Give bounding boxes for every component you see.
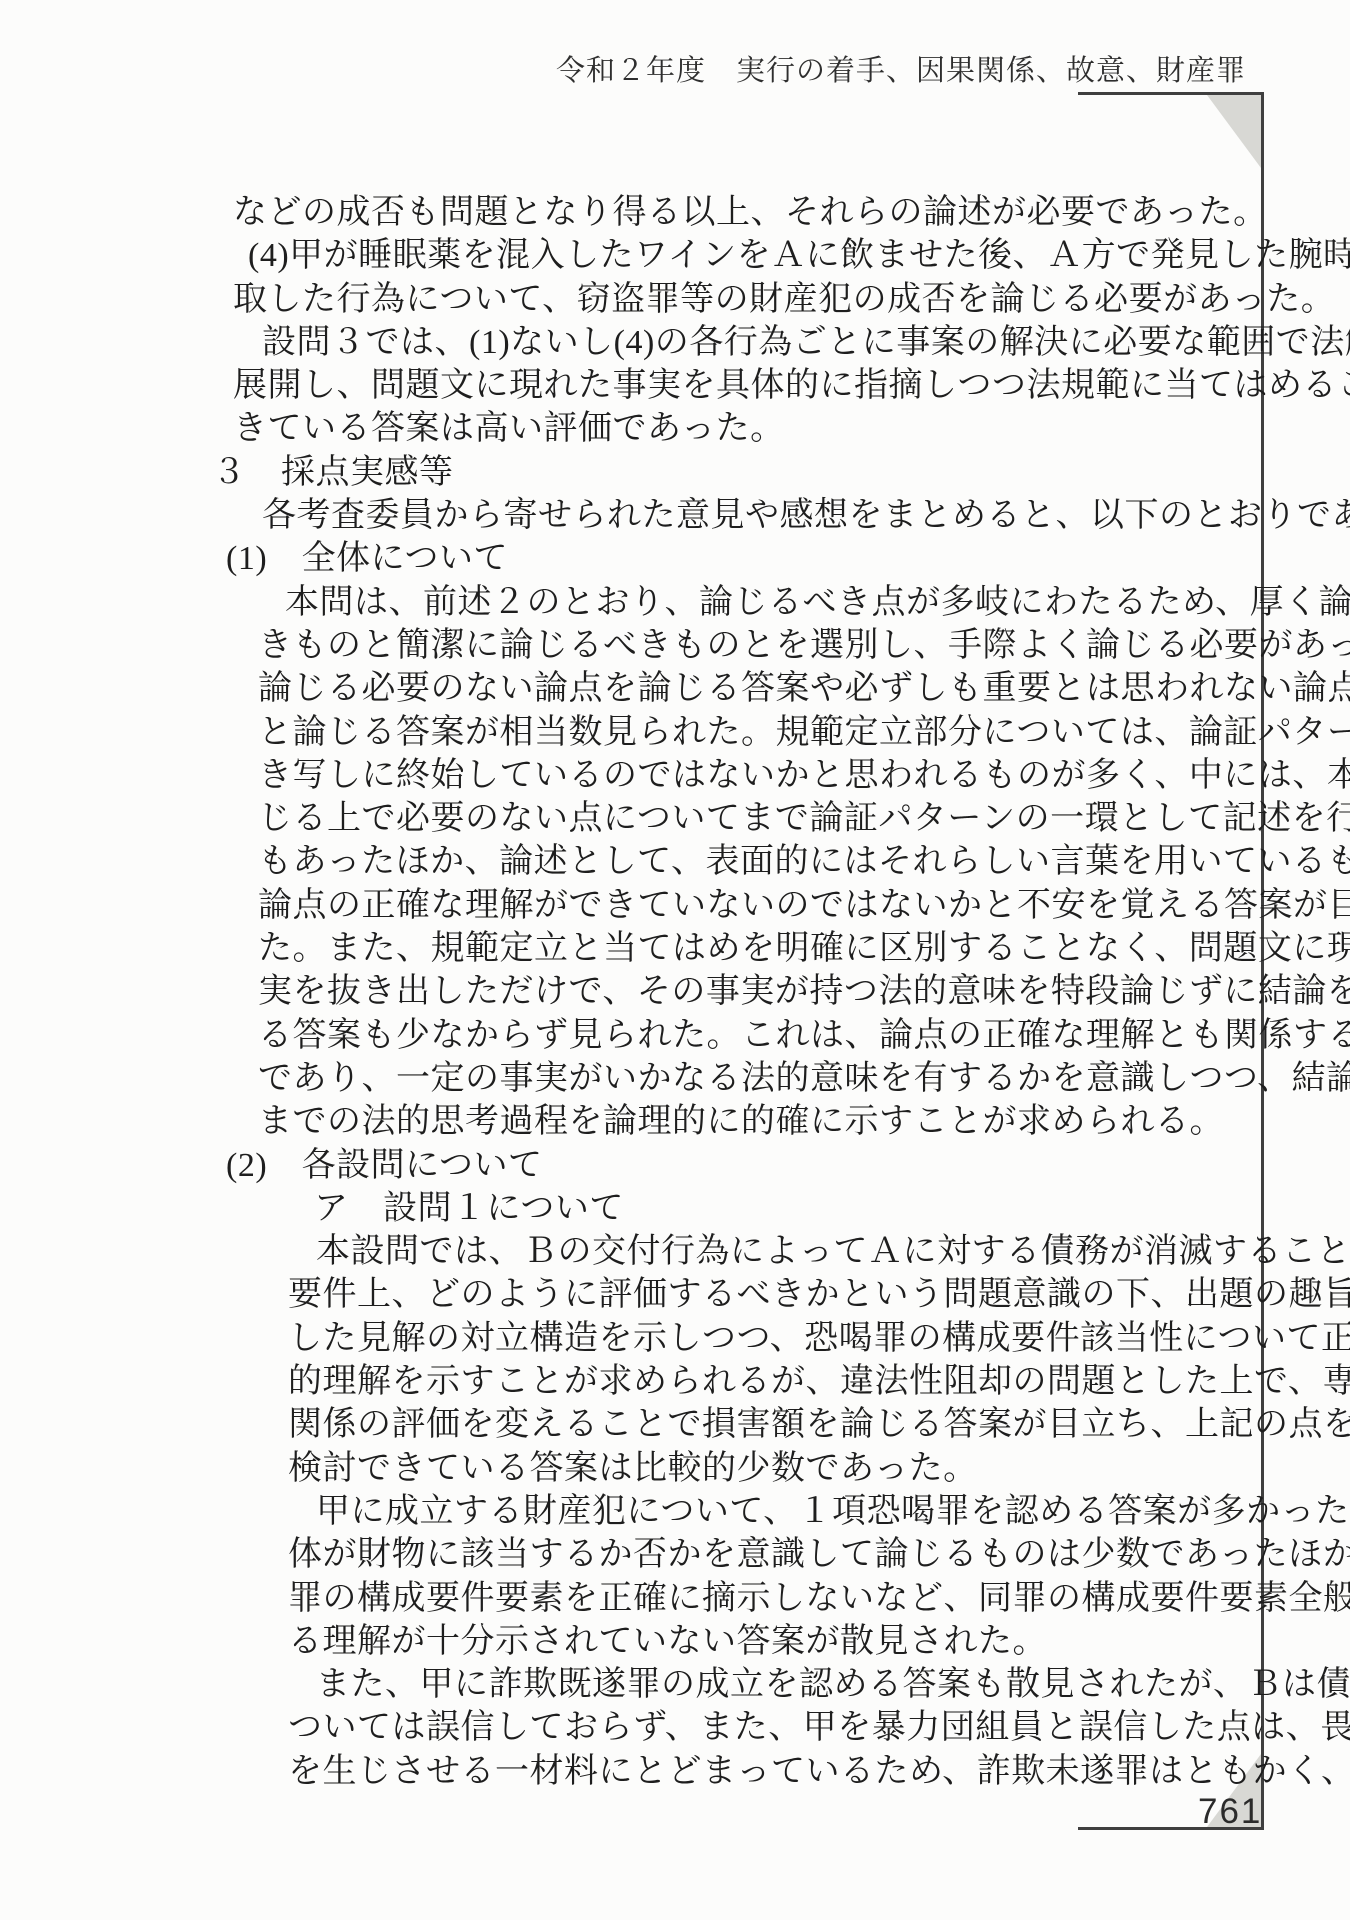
text-line: を生じさせる一材料にとどまっているため、詐欺未遂罪はともかく、詐欺既 — [288, 1750, 1350, 1793]
text-line: (2) 各設問について — [226, 1144, 1350, 1187]
text-line: る理解が十分示されていない答案が散見された。 — [288, 1620, 1350, 1663]
text-line: 関係の評価を変えることで損害額を論じる答案が目立ち、上記の点を的確に — [288, 1403, 1350, 1446]
text-line: (4)甲が睡眠薬を混入したワインをＡに飲ませた後、Ａ方で発見した腕時計を奪 — [248, 234, 1350, 277]
text-line: 実を抜き出しただけで、その事実が持つ法的意味を特段論じずに結論を記載す — [258, 970, 1350, 1013]
text-line: じる上で必要のない点についてまで論証パターンの一環として記述を行うもの — [258, 797, 1350, 840]
page-header-title: 令和２年度 実行の着手、因果関係、故意、財産罪 — [556, 48, 1246, 89]
text-line: などの成否も問題となり得る以上、それらの論述が必要であった。 — [233, 191, 1350, 234]
text-line: した見解の対立構造を示しつつ、恐喝罪の構成要件該当性について正確な法 — [288, 1317, 1350, 1360]
text-line: 的理解を示すことが求められるが、違法性阻却の問題とした上で、専ら事実 — [288, 1360, 1350, 1403]
text-line: ３ 採点実感等 — [212, 451, 1350, 494]
text-line: る答案も少なからず見られた。これは、論点の正確な理解とも関係するところ — [258, 1014, 1350, 1057]
text-line: き写しに終始しているのではないかと思われるものが多く、中には、本問を論 — [258, 754, 1350, 797]
text-line: 本設問では、Ｂの交付行為によってＡに対する債務が消滅することを構成 — [316, 1230, 1350, 1273]
text-line: きものと簡潔に論じるべきものとを選別し、手際よく論じる必要があったが、 — [258, 624, 1350, 667]
page-number: 761 — [1198, 1792, 1256, 1832]
text-line: 体が財物に該当するか否かを意識して論じるものは少数であったほか、恐喝 — [288, 1533, 1350, 1576]
text-line: きている答案は高い評価であった。 — [233, 407, 1350, 450]
text-line: また、甲に詐欺既遂罪の成立を認める答案も散見されたが、Ｂは債権額に — [316, 1663, 1350, 1706]
text-line: 設問３では、(1)ないし(4)の各行為ごとに事案の解決に必要な範囲で法解釈論を — [262, 321, 1350, 364]
text-line: (1) 全体について — [226, 537, 1350, 580]
text-line: 要件上、どのように評価するべきかという問題意識の下、出題の趣旨に記載 — [288, 1273, 1350, 1316]
text-line: 各考査委員から寄せられた意見や感想をまとめると、以下のとおりである。 — [262, 494, 1350, 537]
text-line: と論じる答案が相当数見られた。規範定立部分については、論証パターンの書 — [258, 711, 1350, 754]
text-line: 甲に成立する財産犯について、１項恐喝罪を認める答案が多かったが、客 — [316, 1490, 1350, 1533]
text-line: 罪の構成要件要素を正確に摘示しないなど、同罪の構成要件要素全般に関す — [288, 1577, 1350, 1620]
text-line: た。また、規範定立と当てはめを明確に区別することなく、問題文に現れた事 — [258, 927, 1350, 970]
text-line: ついては誤信しておらず、また、甲を暴力団組員と誤信した点は、畏怖の念 — [288, 1706, 1350, 1749]
corner-triangle-top — [1207, 95, 1261, 168]
text-line: までの法的思考過程を論理的に的確に示すことが求められる。 — [258, 1100, 1350, 1143]
text-line: 検討できている答案は比較的少数であった。 — [288, 1447, 1350, 1490]
text-line: 取した行為について、窃盗罪等の財産犯の成否を論じる必要があった。 — [233, 278, 1350, 321]
text-line: もあったほか、論述として、表面的にはそれらしい言葉を用いているものの、 — [258, 840, 1350, 883]
text-line: であり、一定の事実がいかなる法的意味を有するかを意識しつつ、結論に至る — [258, 1057, 1350, 1100]
text-line: ア 設問１について — [314, 1187, 1350, 1230]
text-line: 展開し、問題文に現れた事実を具体的に指摘しつつ法規範に当てはめることがで — [233, 364, 1350, 407]
text-line: 論点の正確な理解ができていないのではないかと不安を覚える答案が目に付い — [258, 884, 1350, 927]
text-line: 論じる必要のない論点を論じる答案や必ずしも重要とは思われない論点を長々 — [258, 667, 1350, 710]
body-text: などの成否も問題となり得る以上、それらの論述が必要であった。(4)甲が睡眠薬を混… — [0, 191, 1350, 1793]
text-line: 本問は、前述２のとおり、論じるべき点が多岐にわたるため、厚く論じるべ — [285, 581, 1350, 624]
document-page: 令和２年度 実行の着手、因果関係、故意、財産罪 などの成否も問題となり得る以上、… — [0, 0, 1350, 1920]
header-rule — [1078, 92, 1264, 95]
